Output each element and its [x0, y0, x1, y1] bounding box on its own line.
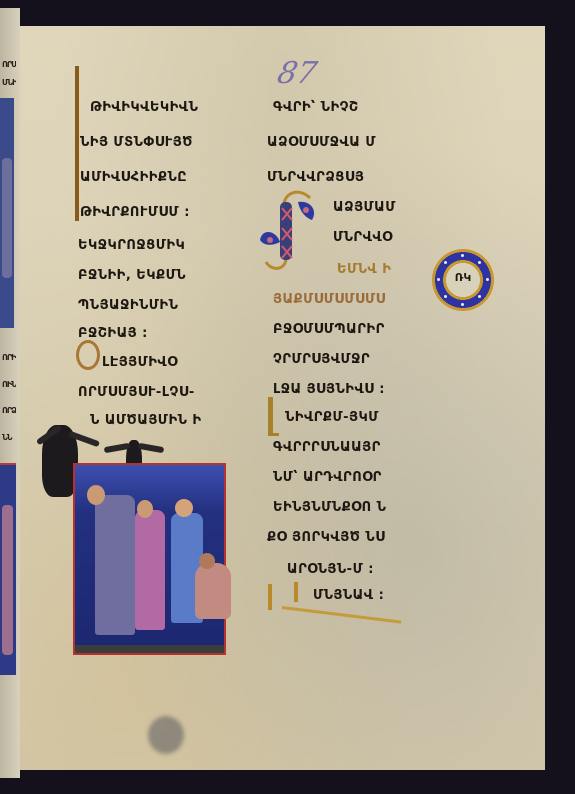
text-line: ԼՋԱ ՅՍՅՆԻՎՍ :	[273, 382, 385, 397]
text-line: ՄՆՅՆԱՎ :	[313, 588, 384, 603]
figure-kneeling	[195, 563, 231, 619]
text-line-gold: ԵՄՆՎ Ի	[337, 262, 391, 277]
text-line: ՔՕ ՅՈՐԿՎՅԾ ՆՍ	[267, 530, 385, 545]
previous-page-text: ՄՆԻ	[2, 78, 16, 87]
text-line: ՆՄ՝ ԱՐԴՎՐՈՕՐ	[273, 470, 382, 485]
stain	[148, 716, 184, 754]
figure-grey-robe	[95, 495, 135, 635]
gold-flourish	[268, 584, 272, 610]
text-line: ԱՐՕՆՅՆ-Մ :	[287, 562, 374, 577]
gold-initial-letter	[268, 397, 279, 436]
decorated-initial-letter	[258, 188, 324, 272]
ornament-dot	[461, 303, 464, 306]
marginal-gold-bar	[75, 66, 79, 221]
text-line: ԼԷՅՅՄԻՎՕ	[102, 355, 178, 370]
text-line: ԹԻՎՐՔՈՒՄՍՄ :	[80, 205, 190, 220]
ornament-dot	[444, 295, 447, 298]
folio-number: 87	[274, 56, 320, 91]
previous-page-miniature-top	[0, 98, 14, 328]
medallion-label: ՌԿ	[432, 271, 494, 284]
ornament-dot	[461, 254, 464, 257]
figure-pink-robe	[135, 510, 165, 630]
previous-page-miniature-bottom	[0, 463, 16, 675]
text-line: Ն ԱՄԾԱՅՄԻՆ Ի	[90, 413, 202, 428]
previous-page-text: ՈՐՄ	[2, 60, 16, 69]
text-line: ՈՐՄՍՄՅՍՒ-ԼՉՍ-	[78, 385, 195, 400]
text-line: ԱՄԻՎՍՀԻԻՔՆԸ	[80, 170, 187, 185]
text-line: ԲՋՇԻԱՅ :	[78, 326, 148, 341]
figure-head	[87, 485, 105, 505]
previous-page-text: ՆՆ	[2, 433, 16, 442]
text-line: ԲՋՆԻԻ, ԵԿՔՄՆ	[78, 268, 186, 283]
ornament-dot	[478, 261, 481, 264]
text-line: ՆԻՎՐՔՄ-ՅԿՄ	[285, 410, 379, 425]
previous-page-edge: ՈՐՄ ՄՆԻ ՈՐԻ ՈԻՆ ՈՐՁ ՆՆ	[0, 8, 20, 778]
text-line: ՄՆՐՎՎՕ	[333, 230, 393, 245]
text-line: ԳՎՐՐՐՍՆԱԱՅՐ	[273, 440, 381, 455]
figure-head	[175, 499, 193, 517]
figure-head	[199, 553, 215, 569]
ornament-dot	[478, 295, 481, 298]
figure-head	[137, 500, 153, 518]
text-line-gold: ՅԱՔՄՍՄՍՄՍՄՍ	[273, 292, 386, 307]
gold-flourish	[294, 582, 298, 602]
text-line: ՆԻՅ ՄՏՆՓՍՒՅԾ	[80, 135, 193, 150]
miniature-painting	[73, 463, 226, 655]
text-line: ԵԻՆՅՆՄՆՔՕՈ Ն	[273, 500, 386, 515]
marginal-medallion: ՌԿ	[432, 249, 494, 311]
text-line: ԹԻՎԻԿՎԵԿԻՎՆ	[90, 100, 198, 115]
previous-page-text: ՈԻՆ	[2, 380, 16, 389]
previous-page-text: ՈՐԻ	[2, 353, 16, 362]
initial-letter-o	[76, 340, 100, 370]
text-line: ՉՐՄՐՍՅՎՄՋՐ	[273, 352, 370, 367]
ornament-dot	[444, 261, 447, 264]
miniature-ground	[75, 645, 224, 653]
figure	[2, 158, 12, 278]
text-line: ԵԿՋԿՐՈՋՑՄԻԿ	[78, 238, 185, 253]
text-line: ԱՁՕՄՍՄՋՎԱ Մ	[267, 135, 376, 150]
text-line: ԳՎՐԻ՝ ՆԻՉՇ	[273, 100, 359, 115]
text-line: ԲՋՕՄՍՄՊԱՐԻՐ	[273, 322, 385, 337]
text-line: ՄՆՐՎՎՐՁՑՍՅ	[267, 170, 364, 185]
previous-page-text: ՈՐՁ	[2, 406, 16, 415]
text-line: ԱՁՅՄԱՄ	[333, 200, 396, 215]
text-line: ՊՆՅԱՋԻՆՄԻՆ	[78, 298, 178, 313]
figure	[2, 505, 13, 655]
